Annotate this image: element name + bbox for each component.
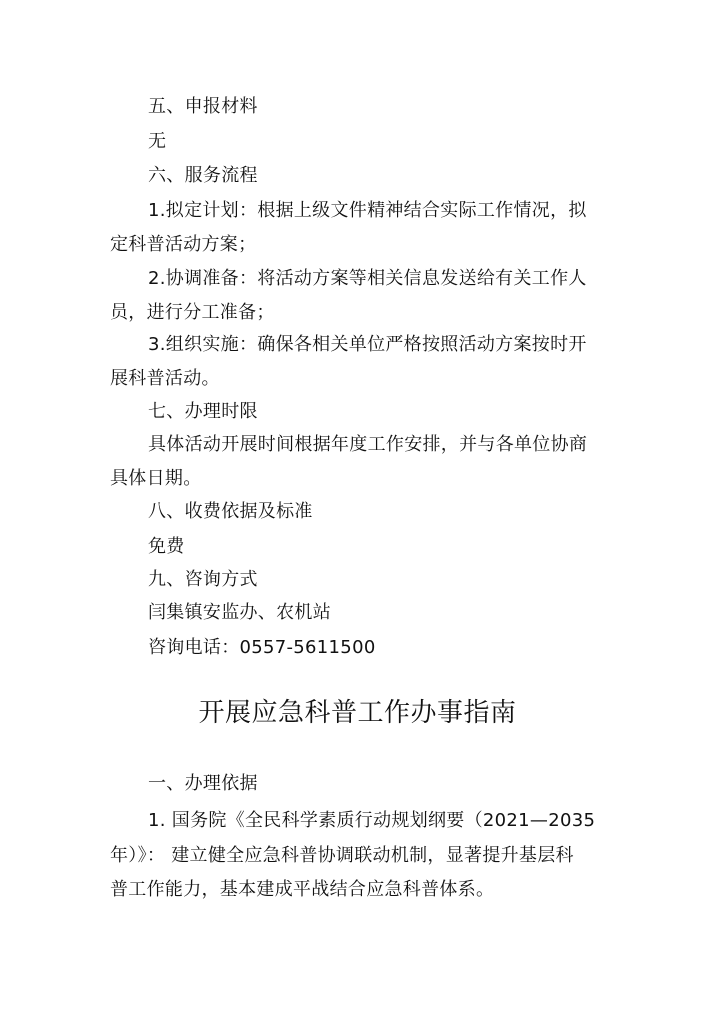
contact-phone: 咨询电话：0557-5611500 [148, 636, 376, 660]
page-title: 开展应急科普工作办事指南 [0, 696, 715, 730]
time-limit-line-2: 具体日期。 [110, 467, 202, 491]
heading-service-process: 六、服务流程 [148, 164, 258, 188]
heading-time-limit: 七、办理时限 [148, 400, 258, 424]
process-step-2-line-1: 2.协调准备：将活动方案等相关信息发送给有关工作人 [148, 267, 587, 291]
process-step-2-line-2: 员，进行分工准备； [110, 301, 275, 325]
legal-basis-1-line-2: 年）》： 建立健全应急科普协调联动机制，显著提升基层科 [110, 844, 574, 868]
heading-contact: 九、咨询方式 [148, 568, 258, 592]
process-step-1-line-1: 1.拟定计划：根据上级文件精神结合实际工作情况，拟 [148, 199, 587, 223]
heading-legal-basis: 一、办理依据 [148, 772, 258, 796]
legal-basis-1-line-3: 普工作能力，基本建成平战结合应急科普体系。 [110, 878, 494, 902]
fee-value: 免费 [148, 535, 185, 559]
contact-organization: 闫集镇安监办、农机站 [148, 601, 331, 625]
document-page: 五、申报材料 无 六、服务流程 1.拟定计划：根据上级文件精神结合实际工作情况，… [0, 0, 715, 1011]
process-step-3-line-2: 展科普活动。 [110, 367, 220, 391]
process-step-3-line-1: 3.组织实施：确保各相关单位严格按照活动方案按时开 [148, 333, 587, 357]
time-limit-line-1: 具体活动开展时间根据年度工作安排，并与各单位协商 [148, 433, 587, 457]
heading-application-materials: 五、申报材料 [148, 95, 258, 119]
legal-basis-1-line-1: 1. 国务院《全民科学素质行动规划纲要（2021—2035 [148, 809, 595, 833]
process-step-1-line-2: 定科普活动方案； [110, 233, 256, 257]
heading-fee-basis: 八、收费依据及标准 [148, 500, 313, 524]
application-materials-value: 无 [148, 130, 166, 154]
